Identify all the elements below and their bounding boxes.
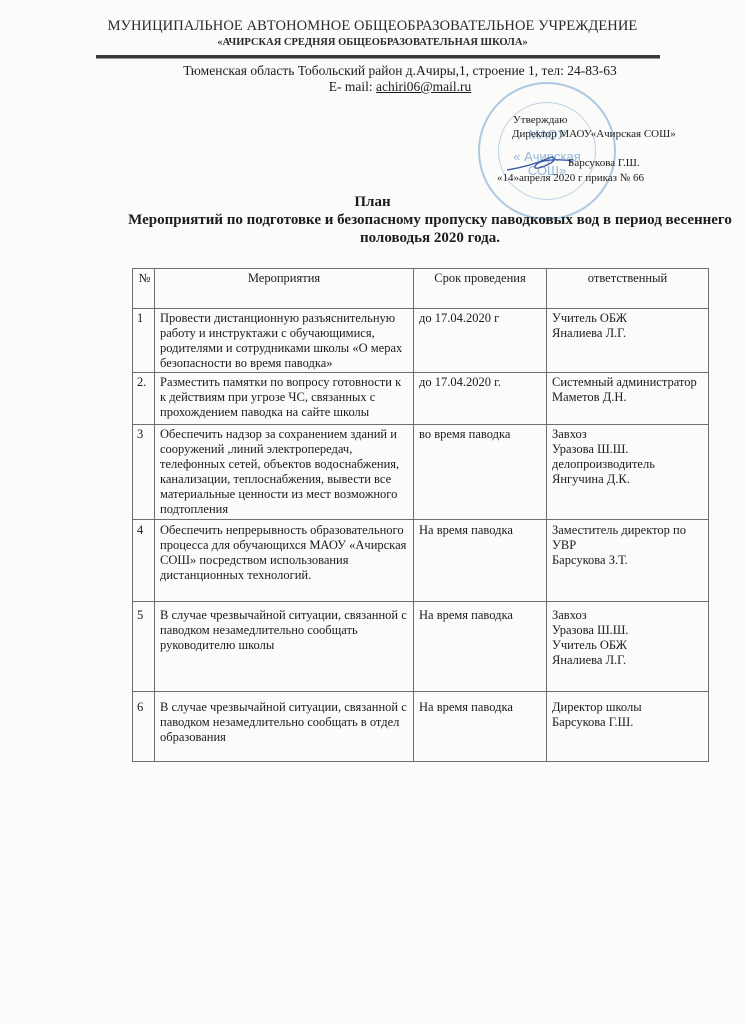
- school-name: «АЧИРСКАЯ СРЕДНЯЯ ОБЩЕОБРАЗОВАТЕЛЬНАЯ ШК…: [0, 37, 745, 48]
- approve-director: Директор МАОУ«Ачирская СОШ»: [512, 128, 676, 140]
- row-number: 3: [133, 425, 155, 520]
- responsible-line: Уразова Ш.Ш.: [552, 442, 703, 457]
- organization-name: МУНИЦИПАЛЬНОЕ АВТОНОМНОЕ ОБЩЕОБРАЗОВАТЕЛ…: [0, 18, 745, 35]
- row-number: 6: [133, 692, 155, 762]
- row-activity: Обеспечить надзор за сохранением зданий …: [155, 425, 414, 520]
- signature-icon: [505, 152, 575, 174]
- row-activity: Провести дистанционную разъяснительную р…: [155, 309, 414, 373]
- header-responsible: ответственный: [547, 269, 709, 309]
- responsible-line: Янгучина Д.К.: [552, 472, 703, 487]
- responsible-line: Яналиева Л.Г.: [552, 653, 703, 668]
- row-term: На время паводка: [414, 602, 547, 692]
- table-row: 3 Обеспечить надзор за сохранением здани…: [133, 425, 709, 520]
- approve-date-order: «14»апреля 2020 г приказ № 66: [497, 172, 644, 184]
- table-row: 4 Обеспечить непрерывность образовательн…: [133, 520, 709, 602]
- header-number: №: [133, 269, 155, 309]
- row-activity: В случае чрезвычайной ситуации, связанно…: [155, 602, 414, 692]
- row-responsible: Завхоз Уразова Ш.Ш. делопроизводитель Ян…: [547, 425, 709, 520]
- row-activity: Разместить памятки по вопросу готовности…: [155, 373, 414, 425]
- responsible-line: Яналиева Л.Г.: [552, 326, 703, 341]
- responsible-line: Барсукова З.Т.: [552, 553, 703, 568]
- responsible-line: Завхоз: [552, 608, 703, 623]
- responsible-line: Учитель ОБЖ: [552, 638, 703, 653]
- row-responsible: Учитель ОБЖ Яналиева Л.Г.: [547, 309, 709, 373]
- approve-name: Барсукова Г.Ш.: [568, 157, 640, 169]
- row-responsible: Заместитель директор по УВР Барсукова З.…: [547, 520, 709, 602]
- responsible-line: Барсукова Г.Ш.: [552, 715, 703, 730]
- responsible-line: Маметов Д.Н.: [552, 390, 703, 405]
- email-label: E- mail:: [329, 79, 376, 94]
- row-number: 4: [133, 520, 155, 602]
- header-term: Срок проведения: [414, 269, 547, 309]
- approve-label: Утверждаю: [513, 113, 567, 127]
- responsible-line: Учитель ОБЖ: [552, 311, 703, 326]
- responsible-line: Системный администратор: [552, 375, 703, 390]
- row-number: 2.: [133, 373, 155, 425]
- table-row: 5 В случае чрезвычайной ситуации, связан…: [133, 602, 709, 692]
- table-header-row: № Мероприятия Срок проведения ответствен…: [133, 269, 709, 309]
- letterhead-divider: [96, 55, 660, 58]
- row-number: 5: [133, 602, 155, 692]
- responsible-line: Уразова Ш.Ш.: [552, 623, 703, 638]
- row-term: до 17.04.2020 г: [414, 309, 547, 373]
- row-responsible: Завхоз Уразова Ш.Ш. Учитель ОБЖ Яналиева…: [547, 602, 709, 692]
- responsible-line: делопроизводитель: [552, 457, 703, 472]
- responsible-line: Директор школы: [552, 700, 703, 715]
- row-term: На время паводка: [414, 520, 547, 602]
- row-term: во время паводка: [414, 425, 547, 520]
- plan-table: № Мероприятия Срок проведения ответствен…: [132, 268, 709, 762]
- email-link[interactable]: achiri06@mail.ru: [376, 79, 471, 94]
- table-row: 6 В случае чрезвычайной ситуации, связан…: [133, 692, 709, 762]
- row-activity: В случае чрезвычайной ситуации, связанно…: [155, 692, 414, 762]
- table-row: 2. Разместить памятки по вопросу готовно…: [133, 373, 709, 425]
- row-responsible: Директор школы Барсукова Г.Ш.: [547, 692, 709, 762]
- row-term: На время паводка: [414, 692, 547, 762]
- row-term: до 17.04.2020 г.: [414, 373, 547, 425]
- row-number: 1: [133, 309, 155, 373]
- header-activity: Мероприятия: [155, 269, 414, 309]
- row-responsible: Системный администратор Маметов Д.Н.: [547, 373, 709, 425]
- plan-title: План: [0, 194, 745, 211]
- responsible-line: Завхоз: [552, 427, 703, 442]
- table-row: 1 Провести дистанционную разъяснительную…: [133, 309, 709, 373]
- plan-subtitle: Мероприятий по подготовке и безопасному …: [120, 211, 740, 247]
- row-activity: Обеспечить непрерывность образовательног…: [155, 520, 414, 602]
- school-address: Тюменская область Тобольский район д.Ачи…: [150, 63, 650, 79]
- responsible-line: Заместитель директор по УВР: [552, 523, 703, 553]
